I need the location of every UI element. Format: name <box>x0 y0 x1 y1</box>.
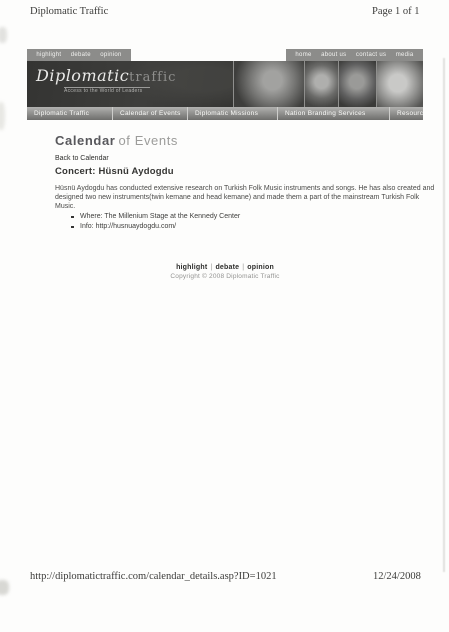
footer-link-opinion[interactable]: opinion <box>247 264 274 271</box>
nav-item-calendar-of-events[interactable]: Calendar of Events <box>113 107 188 120</box>
page-title: Calendarof Events <box>55 133 178 148</box>
footer-separator: | <box>210 264 212 271</box>
utility-nav-right: home about us contact us media <box>286 49 423 61</box>
webpage-footer: highlight|debate|opinion Copyright © 200… <box>27 264 423 280</box>
event-detail-info-link[interactable]: Info: http://husnuaydogdu.com/ <box>71 222 240 232</box>
utility-link-media[interactable]: media <box>396 52 414 58</box>
logo-script-text: Diplomatic <box>36 66 129 85</box>
scan-smudge <box>0 580 9 595</box>
event-title: Concert: Hüsnü Aydogdu <box>55 166 174 177</box>
nav-item-nation-branding-services[interactable]: Nation Branding Services <box>278 107 390 120</box>
utility-link-opinion[interactable]: opinion <box>100 52 121 58</box>
main-nav-bar: Diplomatic Traffic Calendar of Events Di… <box>27 107 423 120</box>
print-footer-url: http://diplomatictraffic.com/calendar_de… <box>30 571 277 582</box>
nav-item-resources[interactable]: Resources <box>390 107 423 120</box>
nav-item-label: Diplomatic Traffic <box>34 110 89 117</box>
event-details-list: Where: The Millenium Stage at the Kenned… <box>71 212 240 232</box>
site-banner: Diplomatictraffic Access to the World of… <box>27 61 423 107</box>
footer-link-highlight[interactable]: highlight <box>176 264 207 271</box>
footer-nav: highlight|debate|opinion <box>27 264 423 271</box>
print-footer-date: 12/24/2008 <box>373 571 421 582</box>
utility-link-highlight[interactable]: highlight <box>36 52 61 58</box>
banner-photo-strip <box>233 61 423 107</box>
nav-item-label: Nation Branding Services <box>285 110 366 117</box>
nav-item-diplomatic-missions[interactable]: Diplomatic Missions <box>188 107 278 120</box>
leader-portrait-small-3 <box>376 61 423 107</box>
leader-portrait-large <box>233 61 304 107</box>
scan-smudge <box>0 102 5 130</box>
print-header-title: Diplomatic Traffic <box>30 6 108 17</box>
page-title-word2: of Events <box>118 133 178 148</box>
back-to-calendar-link[interactable]: Back to Calendar <box>55 155 109 162</box>
printed-page: Diplomatic Traffic Page 1 of 1 highlight… <box>0 0 449 632</box>
utility-link-debate[interactable]: debate <box>71 52 91 58</box>
footer-link-debate[interactable]: debate <box>215 264 239 271</box>
leader-portrait-small-1 <box>304 61 338 107</box>
utility-link-about-us[interactable]: about us <box>321 52 346 58</box>
event-detail-where: Where: The Millenium Stage at the Kenned… <box>71 212 240 222</box>
print-header-page-number: Page 1 of 1 <box>372 6 420 17</box>
event-description: Hüsnü Aydogdu has conducted extensive re… <box>55 184 437 211</box>
utility-nav-row: highlight debate opinion home about us c… <box>27 49 423 61</box>
site-logo[interactable]: Diplomatictraffic Access to the World of… <box>36 68 176 94</box>
utility-link-home[interactable]: home <box>295 52 311 58</box>
nav-item-diplomatic-traffic[interactable]: Diplomatic Traffic <box>27 107 113 120</box>
utility-link-contact-us[interactable]: contact us <box>356 52 386 58</box>
nav-item-label: Calendar of Events <box>120 110 181 117</box>
logo-tagline: Access to the World of Leaders <box>64 87 150 94</box>
utility-nav-left: highlight debate opinion <box>27 49 131 61</box>
scan-smudge <box>0 27 7 43</box>
footer-separator: | <box>242 264 244 271</box>
nav-item-label: Diplomatic Missions <box>195 110 258 117</box>
scan-edge-line <box>443 58 445 572</box>
page-title-word1: Calendar <box>55 133 115 148</box>
leader-portrait-small-2 <box>338 61 376 107</box>
copyright-notice: Copyright © 2008 Diplomatic Traffic <box>27 273 423 280</box>
nav-item-label: Resources <box>397 110 423 117</box>
logo-plain-text: traffic <box>129 70 176 85</box>
webpage-screenshot: highlight debate opinion home about us c… <box>27 49 423 120</box>
